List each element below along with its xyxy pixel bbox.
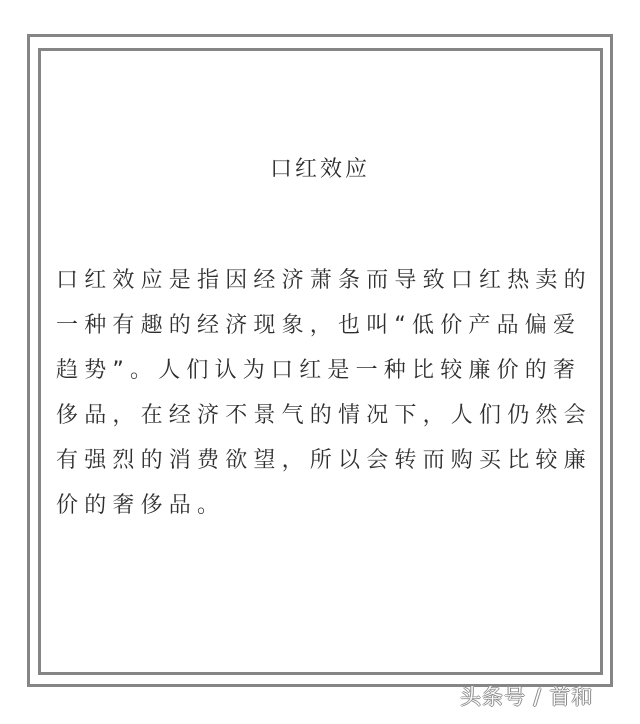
- body-line: 有强烈的消费欲望，所以会转而购买比较廉: [56, 438, 596, 483]
- watermark: 头条号 / 首和: [460, 683, 593, 711]
- document-body: 口红效应是指因经济萧条而导致口红热卖的 一种有趣的经济现象，也叫“低价产品偏爱 …: [56, 258, 596, 528]
- body-line: 趋势”。人们认为口红是一种比较廉价的奢: [56, 348, 596, 393]
- body-line: 侈品，在经济不景气的情况下，人们仍然会: [56, 393, 596, 438]
- body-line: 口红效应是指因经济萧条而导致口红热卖的: [56, 258, 596, 303]
- body-line: 一种有趣的经济现象，也叫“低价产品偏爱: [56, 303, 596, 348]
- body-line: 价的奢侈品。: [56, 483, 596, 528]
- document-title: 口红效应: [0, 155, 640, 185]
